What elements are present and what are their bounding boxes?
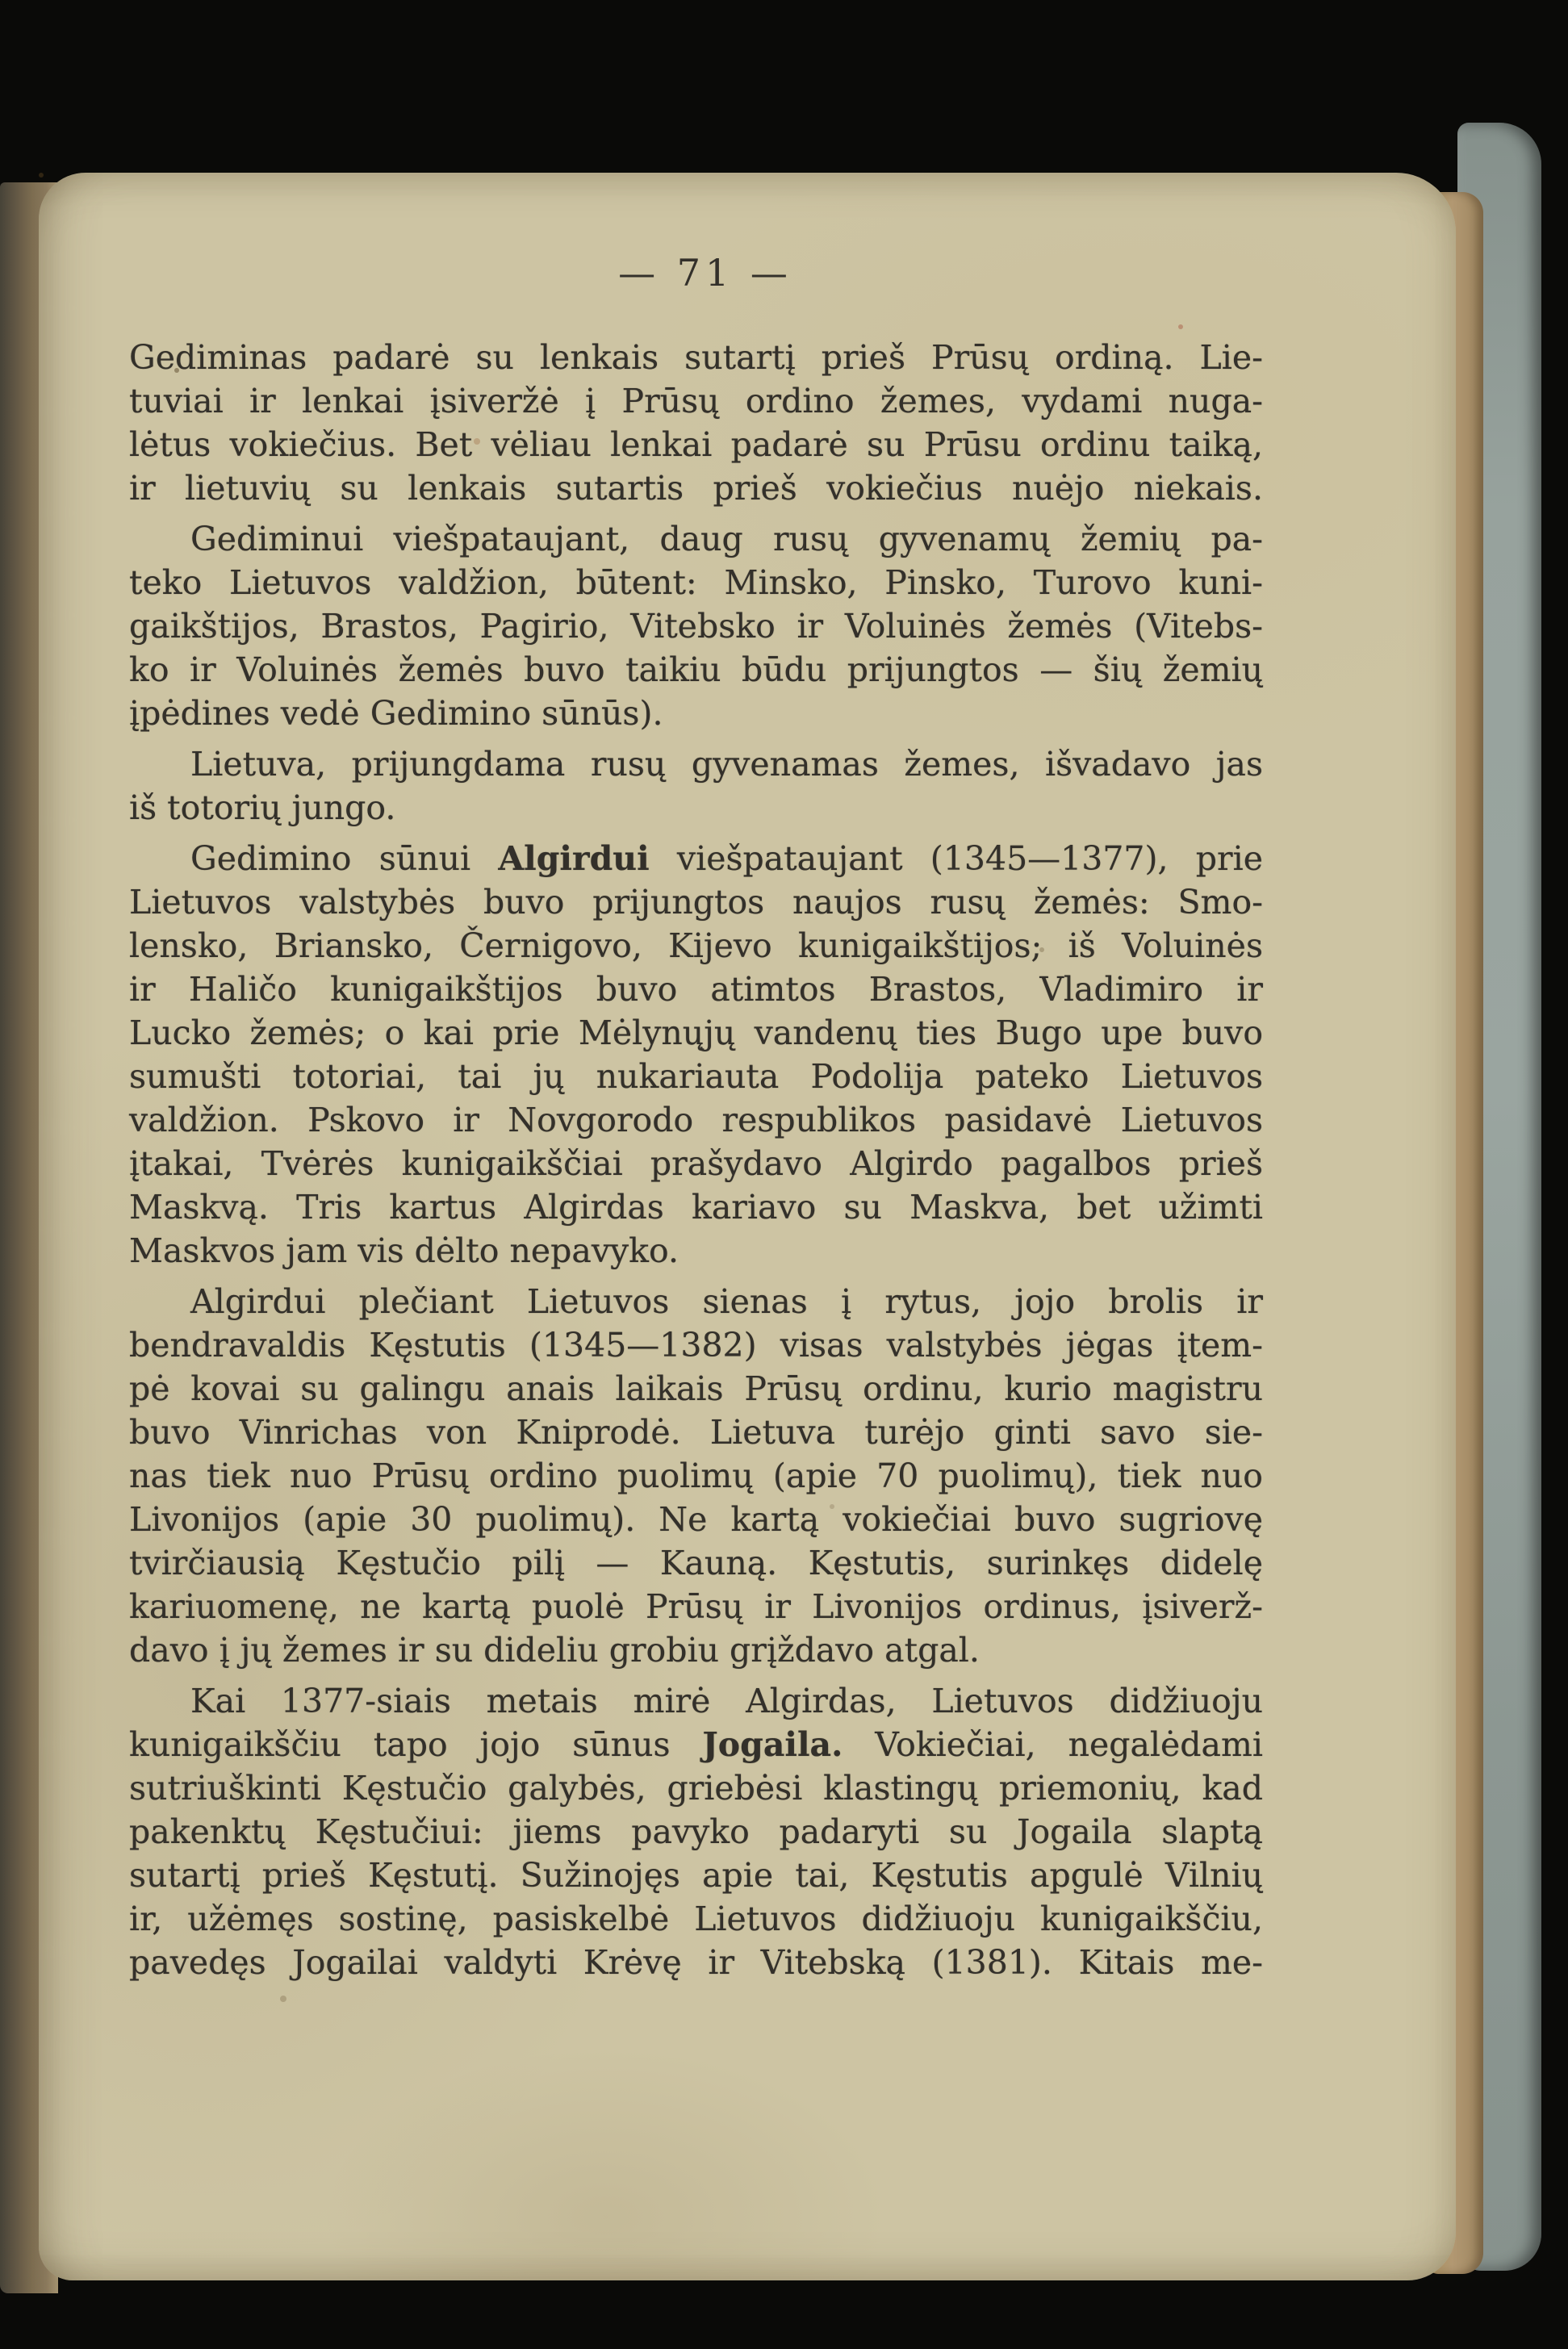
text-line: sutartį prieš Kęstutį. Sužinojęs apie ta… — [129, 1854, 1263, 1897]
page-number: — 71 — — [0, 250, 1414, 295]
text-line: Gedimino sūnui Algirdui viešpataujant (1… — [129, 837, 1263, 880]
text-line: lensko, Briansko, Černigovo, Kijevo kuni… — [129, 924, 1263, 968]
paragraph: Algirdui plečiant Lietuvos sienas į rytu… — [129, 1280, 1263, 1672]
text-line: tuviai ir lenkai įsiveržė į Prūsų ordino… — [129, 379, 1263, 423]
text-line: sumušti totoriai, tai jų nukariauta Podo… — [129, 1055, 1263, 1098]
body-text: Gediminas padarė su lenkais sutartį prie… — [129, 336, 1263, 1984]
paragraph: Gediminui viešpataujant, daug rusų gyven… — [129, 517, 1263, 735]
text-line: tvirčiausią Kęstučio pilį — Kauną. Kęstu… — [129, 1541, 1263, 1585]
text-line: buvo Vinrichas von Kniprodė. Lietuva tur… — [129, 1411, 1263, 1454]
paper-specks — [39, 173, 44, 178]
text-line: ir, užėmęs sostinę, pasiskelbė Lietuvos … — [129, 1897, 1263, 1941]
text-line: įpėdines vedė Gedimino sūnūs). — [129, 692, 1263, 735]
text-line: ir Haličo kunigaikštijos buvo atimtos Br… — [129, 968, 1263, 1011]
text-line: Gediminui viešpataujant, daug rusų gyven… — [129, 517, 1263, 561]
text-line: pakenktų Kęstučiui: jiems pavyko padaryt… — [129, 1810, 1263, 1854]
paragraph: Gedimino sūnui Algirdui viešpataujant (1… — [129, 837, 1263, 1273]
text-line: Maskvą. Tris kartus Algirdas kariavo su … — [129, 1185, 1263, 1229]
text-line: ko ir Voluinės žemės buvo taikiu būdu pr… — [129, 648, 1263, 692]
text-line: Maskvos jam vis dėlto nepavyko. — [129, 1229, 1263, 1273]
text-line: Gediminas padarė su lenkais sutartį prie… — [129, 336, 1263, 379]
text-line: Lietuvos valstybės buvo prijungtos naujo… — [129, 880, 1263, 924]
text-line: Lietuva, prijungdama rusų gyvenamas žeme… — [129, 742, 1263, 786]
text-line: ir lietuvių su lenkais sutartis prieš vo… — [129, 466, 1263, 510]
scanned-book-photo: { "colors": { "paper": "#cdc4a3", "ink":… — [0, 0, 1568, 2349]
text-line: sutriuškinti Kęstučio galybės, griebėsi … — [129, 1766, 1263, 1810]
text-line: įtakai, Tvėrės kunigaikščiai prašydavo A… — [129, 1142, 1263, 1185]
text-line: teko Lietuvos valdžion, būtent: Minsko, … — [129, 561, 1263, 604]
text-line: Livonijos (apie 30 puolimų). Ne kartą vo… — [129, 1498, 1263, 1541]
text-line: davo į jų žemes ir su dideliu grobiu grį… — [129, 1628, 1263, 1672]
text-line: nas tiek nuo Prūsų ordino puolimų (apie … — [129, 1454, 1263, 1498]
text-line: kariuomenę, ne kartą puolė Prūsų ir Livo… — [129, 1585, 1263, 1628]
text-line: pė kovai su galingu anais laikais Prūsų … — [129, 1367, 1263, 1411]
text-line: lėtus vokiečius. Bet vėliau lenkai padar… — [129, 423, 1263, 466]
paragraph: Gediminas padarė su lenkais sutartį prie… — [129, 336, 1263, 510]
text-line: pavedęs Jogailai valdyti Krėvę ir Vitebs… — [129, 1941, 1263, 1984]
text-line: iš totorių jungo. — [129, 786, 1263, 830]
text-line: Algirdui plečiant Lietuvos sienas į rytu… — [129, 1280, 1263, 1323]
text-line: gaikštijos, Brastos, Pagirio, Vitebsko i… — [129, 604, 1263, 648]
text-line: kunigaikščiu tapo jojo sūnus Jogaila. Vo… — [129, 1723, 1263, 1766]
text-line: Lucko žemės; o kai prie Mėlynųjų vandenų… — [129, 1011, 1263, 1055]
paragraph: Lietuva, prijungdama rusų gyvenamas žeme… — [129, 742, 1263, 830]
text-line: valdžion. Pskovo ir Novgorodo respubliko… — [129, 1098, 1263, 1142]
text-line: Kai 1377-siais metais mirė Algirdas, Lie… — [129, 1679, 1263, 1723]
book-page: — 71 — Gediminas padarė su lenkais sutar… — [39, 173, 1456, 2280]
paragraph: Kai 1377-siais metais mirė Algirdas, Lie… — [129, 1679, 1263, 1984]
text-line: bendravaldis Kęstutis (1345—1382) visas … — [129, 1323, 1263, 1367]
